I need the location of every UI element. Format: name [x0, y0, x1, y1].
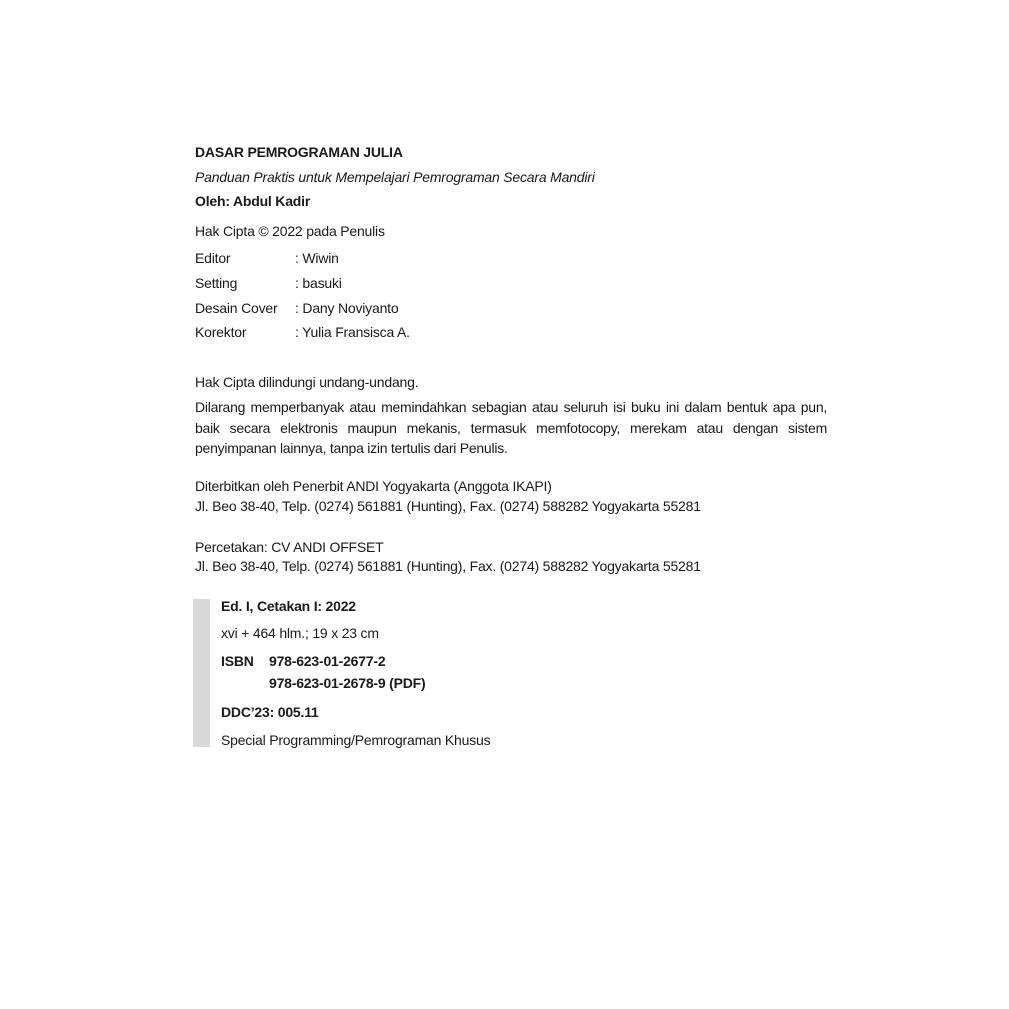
- isbn-line-pdf: 978-623-01-2678-9 (PDF): [221, 674, 425, 692]
- edition-line: Ed. I, Cetakan I: 2022: [221, 597, 356, 615]
- printer-line-1: Percetakan: CV ANDI OFFSET: [195, 538, 384, 556]
- isbn-pdf: 978-623-01-2678-9 (PDF): [269, 675, 425, 691]
- credit-separator: :: [295, 275, 299, 291]
- isbn-line-print: ISBN978-623-01-2677-2: [221, 652, 385, 670]
- subject-line: Special Programming/Pemrograman Khusus: [221, 731, 490, 749]
- book-title: DASAR PEMROGRAMAN JULIA: [195, 143, 403, 161]
- catalog-sidebar-bar: [193, 599, 210, 747]
- ddc-line: DDC’23: 005.11: [221, 703, 319, 721]
- credit-label: Setting: [195, 274, 295, 292]
- credit-label: Korektor: [195, 323, 295, 341]
- isbn-label: ISBN: [221, 652, 269, 670]
- credit-value: basuki: [302, 275, 341, 291]
- isbn-print: 978-623-01-2677-2: [269, 653, 385, 669]
- author-line: Oleh: Abdul Kadir: [195, 192, 310, 210]
- copyright-line: Hak Cipta © 2022 pada Penulis: [195, 222, 385, 240]
- printer-address: Jl. Beo 38-40, Telp. (0274) 561881 (Hunt…: [195, 557, 701, 575]
- legal-prohibition: Dilarang memperbanyak atau memindahkan s…: [195, 397, 827, 459]
- credit-row-cover: Desain Cover: Dany Noviyanto: [195, 299, 398, 317]
- credit-label: Editor: [195, 249, 295, 267]
- credit-separator: :: [295, 324, 299, 340]
- credit-value: Wiwin: [302, 250, 338, 266]
- credit-row-setting: Setting: basuki: [195, 274, 342, 292]
- credit-value: Dany Noviyanto: [302, 300, 398, 316]
- legal-protected: Hak Cipta dilindungi undang-undang.: [195, 373, 418, 391]
- credit-separator: :: [295, 300, 299, 316]
- credit-separator: :: [295, 250, 299, 266]
- credit-value: Yulia Fransisca A.: [302, 324, 410, 340]
- book-subtitle: Panduan Praktis untuk Mempelajari Pemrog…: [195, 168, 595, 186]
- publisher-line-1: Diterbitkan oleh Penerbit ANDI Yogyakart…: [195, 477, 552, 495]
- publisher-address: Jl. Beo 38-40, Telp. (0274) 561881 (Hunt…: [195, 497, 701, 515]
- credit-label: Desain Cover: [195, 299, 295, 317]
- credit-row-editor: Editor: Wiwin: [195, 249, 339, 267]
- pages-line: xvi + 464 hlm.; 19 x 23 cm: [221, 624, 379, 642]
- credit-row-korektor: Korektor: Yulia Fransisca A.: [195, 323, 410, 341]
